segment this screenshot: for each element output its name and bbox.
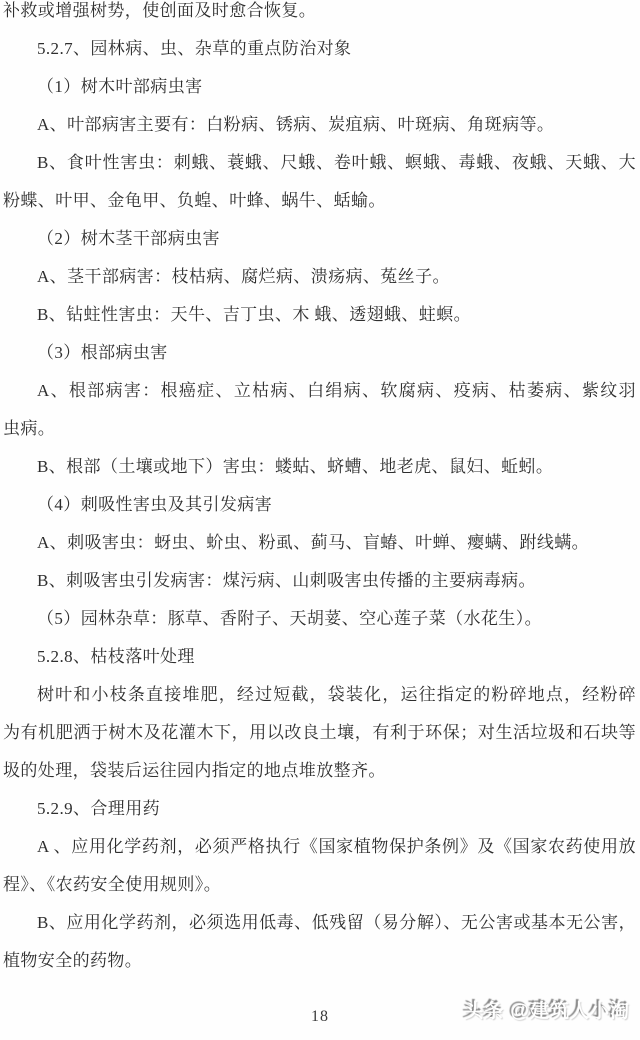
text-line: A、茎干部病害：枝枯病、腐烂病、溃疡病、菟丝子。 [3,258,636,296]
watermark: 头条 @建筑人小淘 [464,996,630,1023]
text-line: A、根部病害：根癌症、立枯病、白绢病、软腐病、疫病、枯萎病、紫纹羽病、线 [3,372,636,410]
sub-heading: （2）树木茎干部病虫害 [3,220,636,258]
text-line: 程》、《农药安全使用规则》。 [3,866,636,904]
section-heading: 5.2.8、枯枝落叶处理 [3,638,636,676]
section-heading: 5.2.9、合理用药 [3,790,636,828]
text-line: B、根部（土壤或地下）害虫：蝼蛄、蛴螬、地老虎、鼠妇、蚯蚓。 [3,448,636,486]
text-line: 粉蝶、叶甲、金龟甲、负蝗、叶蜂、蜗牛、蛞蝓。 [3,182,636,220]
text-line: A、刺吸害虫：蚜虫、蚧虫、粉虱、蓟马、盲蝽、叶蝉、瘿螨、跗线螨。 [3,524,636,562]
section-heading: 5.2.7、园林病、虫、杂草的重点防治对象 [3,30,636,68]
text-line: 植物安全的药物。 [3,942,636,980]
document-page: 补救或增强树势，使创面及时愈合恢复。 5.2.7、园林病、虫、杂草的重点防治对象… [0,0,640,980]
text-line: 虫病。 [3,410,636,448]
text-line: （5）园林杂草：豚草、香附子、天胡荽、空心莲子菜（水花生）。 [3,600,636,638]
text-line: B、应用化学药剂，必须选用低毒、低残留（易分解）、无公害或基本无公害，对 [3,904,636,942]
sub-heading: （1）树木叶部病虫害 [3,68,636,106]
text-line: B、刺吸害虫引发病害：煤污病、山刺吸害虫传播的主要病毒病。 [3,562,636,600]
text-line: B、钻蛀性害虫：天牛、吉丁虫、木 蛾、透翅蛾、蛀螟。 [3,296,636,334]
text-line: A、叶部病害主要有：白粉病、锈病、炭疽病、叶斑病、角斑病等。 [3,106,636,144]
text-line: 树叶和小枝条直接堆肥，经过短截，袋装化，运往指定的粉碎地点，经粉碎后，作 [3,676,636,714]
sub-heading: （3）根部病虫害 [3,334,636,372]
text-line: 为有机肥洒于树木及花灌木下，用以改良土壤，有利于环保；对生活垃圾和石块等硬垃 [3,714,636,752]
text-line: 补救或增强树势，使创面及时愈合恢复。 [3,0,636,30]
text-line: 圾的处理，袋装后运往园内指定的地点堆放整齐。 [3,752,636,790]
text-line: A 、应用化学药剂，必须严格执行《国家植物保护条例》及《国家农药使用放毒规 [3,828,636,866]
sub-heading: （4）刺吸性害虫及其引发病害 [3,486,636,524]
text-line: B、食叶性害虫：刺蛾、蓑蛾、尺蛾、卷叶蛾、螟蛾、毒蛾、夜蛾、天蛾、大蚕蛾、 [3,144,636,182]
